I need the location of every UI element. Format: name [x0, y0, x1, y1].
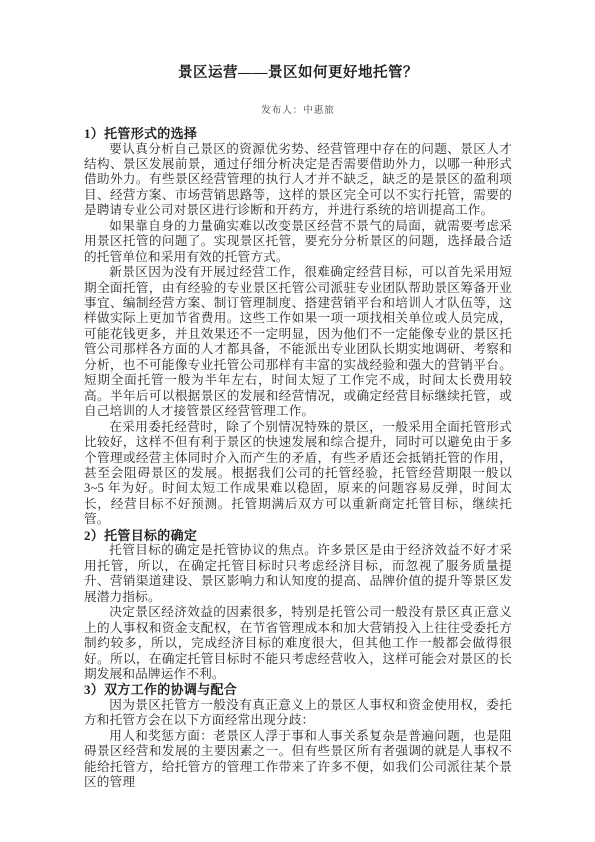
byline: 发布人：中惠旅	[84, 105, 512, 117]
document-body: 1）托管形式的选择 要认真分析自己景区的资源优劣势、经营管理中存在的问题、景区人…	[84, 126, 512, 791]
paragraph: 托管目标的确定是托管协议的焦点。许多景区是由于经济效益不好才采用托管，所以，在确…	[84, 543, 512, 605]
paragraph: 在采用委托经营时，除了个别情况特殊的景区，一般采用全面托管形式比较好，这样不但有…	[84, 420, 512, 528]
paragraph: 因为景区托管方一般没有真正意义上的景区人事权和资金使用权，委托方和托管方会在以下…	[84, 698, 512, 729]
paragraph: 用人和奖惩方面：老景区人浮于事和人事关系复杂是普遍问题，也是阻碍景区经营和发展的…	[84, 729, 512, 791]
doc-title: 景区运营——景区如何更好地托管？	[84, 64, 512, 82]
document-page: 景区运营——景区如何更好地托管？ 发布人：中惠旅 1）托管形式的选择 要认真分析…	[0, 0, 595, 842]
paragraph: 决定景区经济效益的因素很多，特别是托管公司一般没有景区真正意义上的人事权和资金支…	[84, 605, 512, 682]
paragraph: 要认真分析自己景区的资源优劣势、经营管理中存在的问题、景区人才结构、景区发展前景…	[84, 142, 512, 219]
section-heading-3: 3）双方工作的协调与配合	[84, 682, 512, 698]
section-heading-1: 1）托管形式的选择	[84, 126, 512, 142]
paragraph: 新景区因为没有开展过经营工作，很难确定经营目标，可以首先采用短期全面托管，由有经…	[84, 265, 512, 420]
paragraph: 如果靠自身的力量确实难以改变景区经营不景气的局面，就需要考虑采用景区托管的问题了…	[84, 219, 512, 265]
section-heading-2: 2）托管目标的确定	[84, 528, 512, 544]
